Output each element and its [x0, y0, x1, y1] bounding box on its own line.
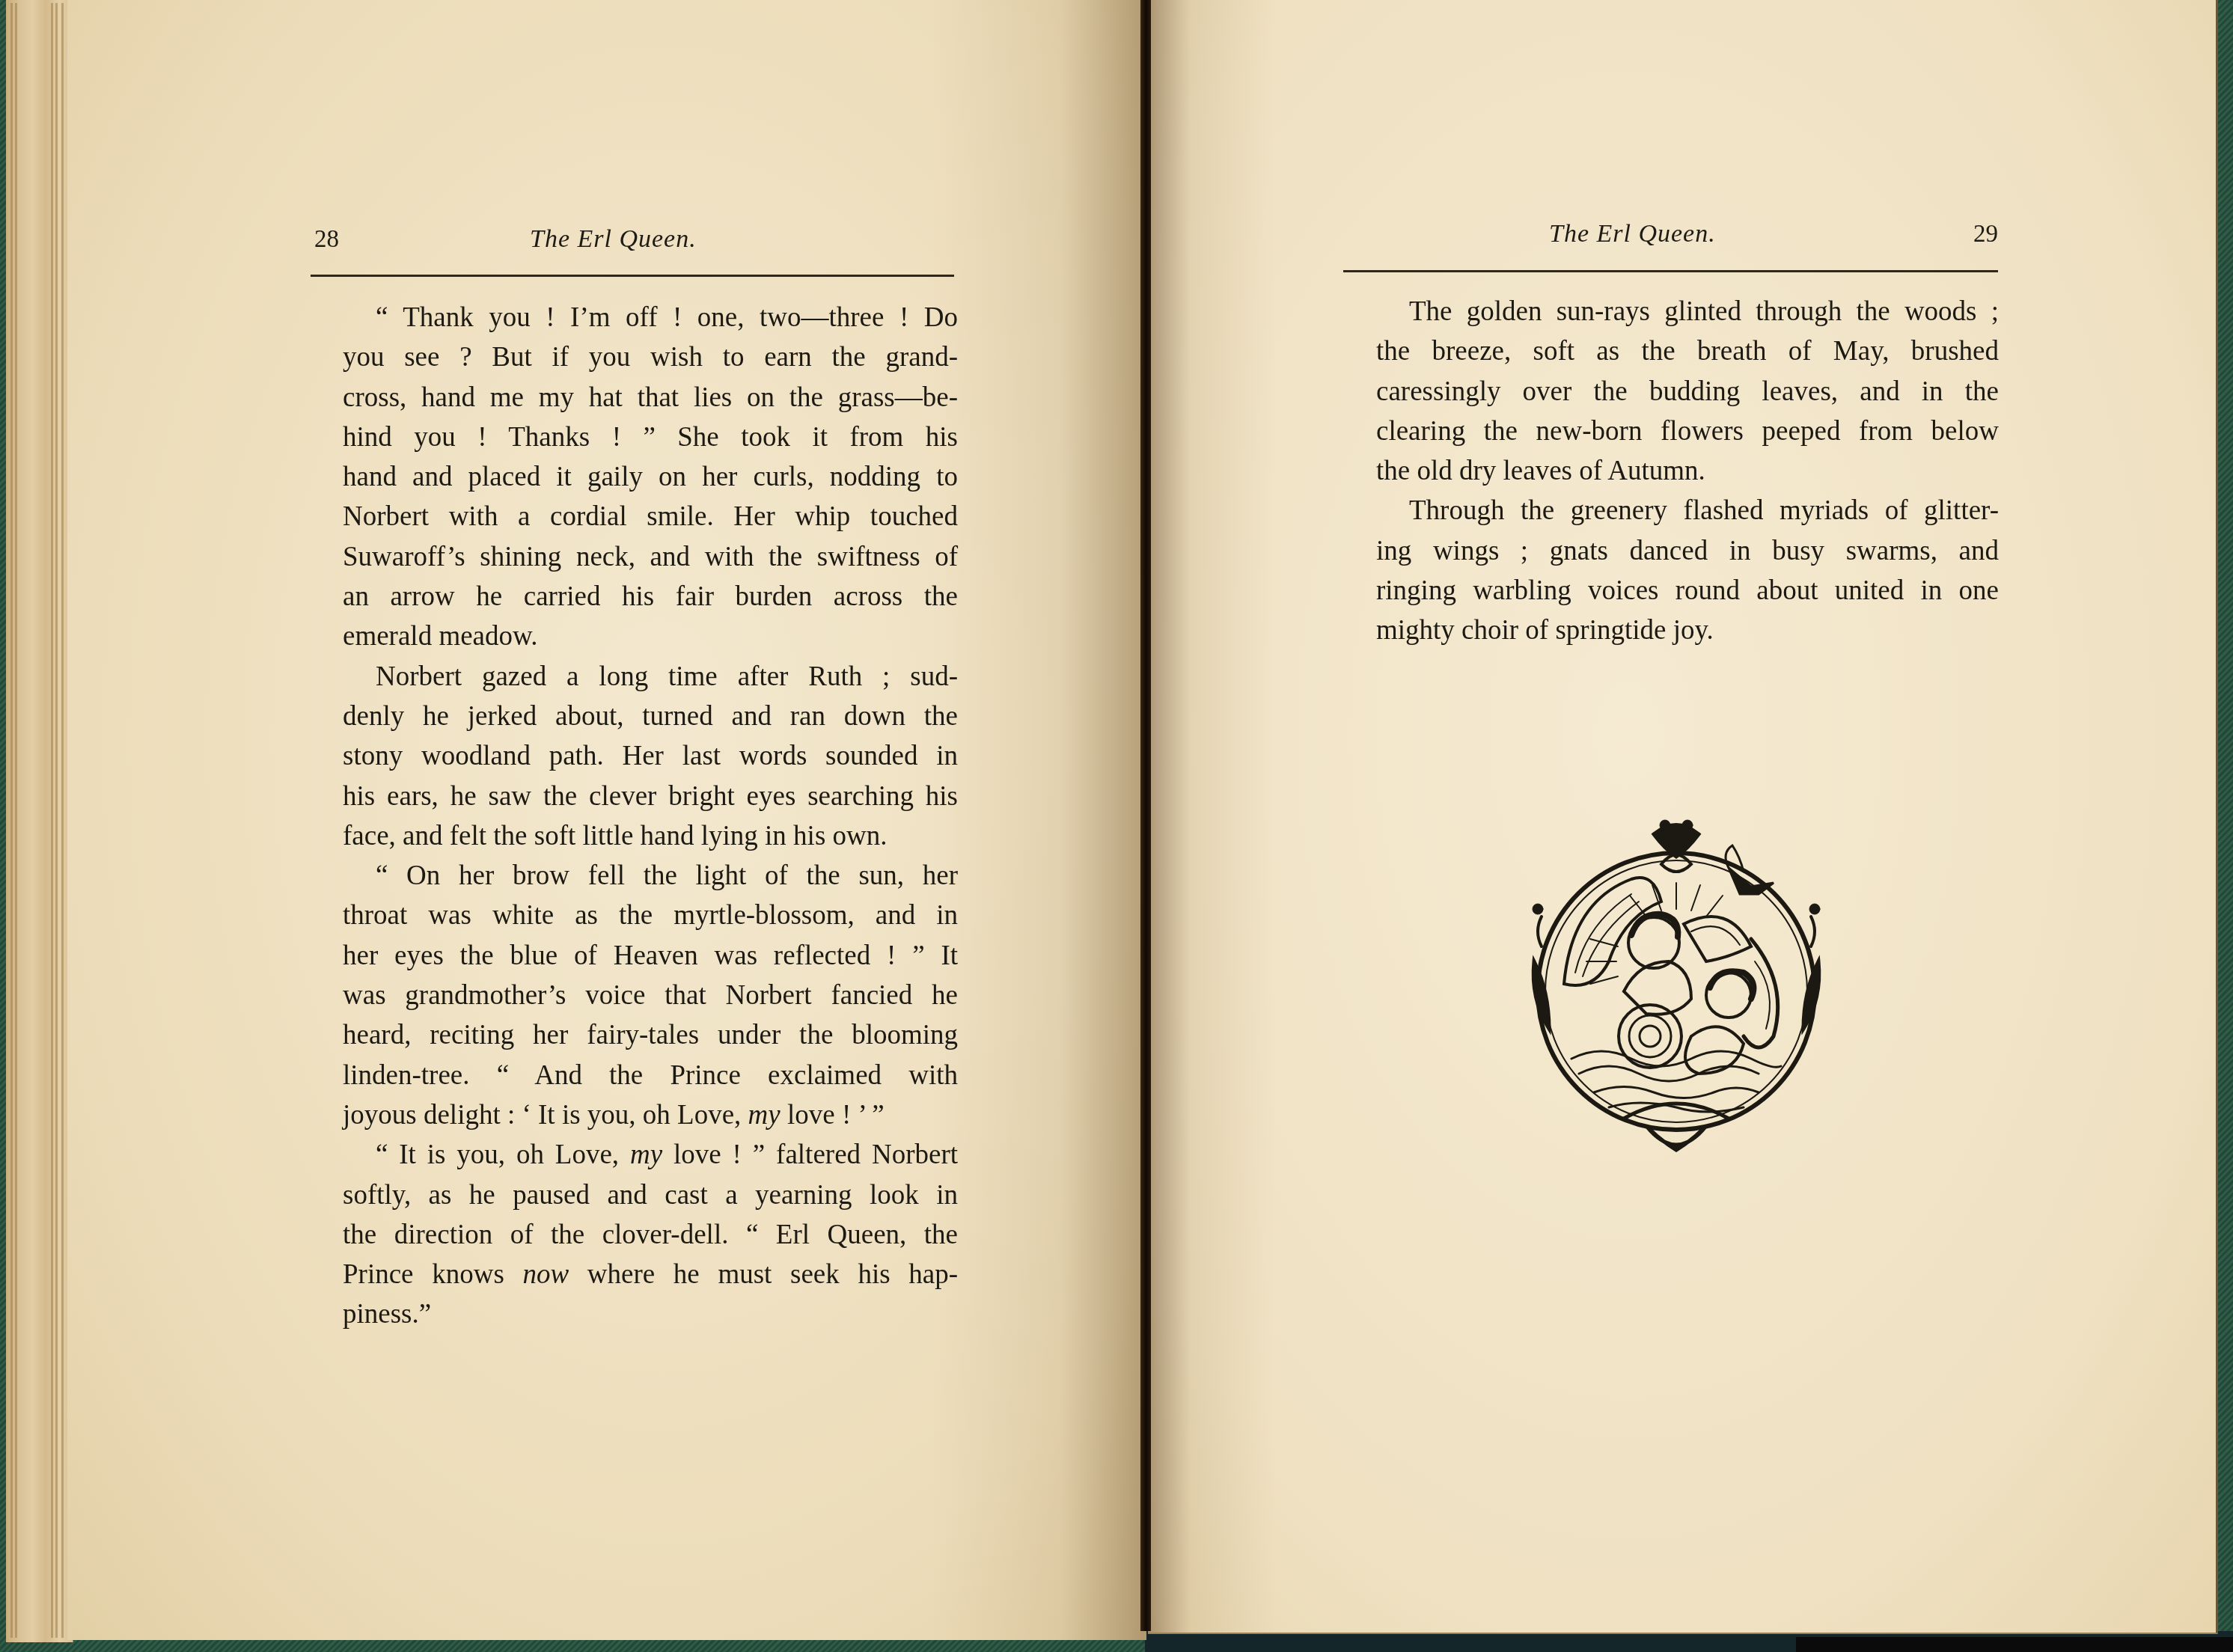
text-line: denly he jerked about, turned and ran do…	[310, 697, 958, 736]
page-stack-edges	[6, 0, 73, 1642]
text-line: you see ? But if you wish to earn the gr…	[310, 337, 958, 377]
text-line: emerald meadow.	[310, 617, 958, 656]
paragraph: “ On her brow fell the light of the sun,…	[310, 856, 958, 1135]
text-line: Norbert gazed a long time after Ruth ; s…	[310, 657, 958, 697]
page-edge-line	[10, 3, 13, 1638]
text-line: “ On her brow fell the light of the sun,…	[310, 856, 958, 896]
page-edge-line	[15, 3, 17, 1638]
left-page-text: “ Thank you ! I’m off ! one, two—three !…	[310, 298, 958, 1335]
header-rule-right	[1343, 270, 1998, 272]
text-line: “ Thank you ! I’m off ! one, two—three !…	[310, 298, 958, 337]
text-line: the old dry leaves of Autumn.	[1343, 451, 1999, 491]
text-line: heard, reciting her fairy-tales under th…	[310, 1015, 958, 1055]
text-line: The golden sun-rays glinted through the …	[1343, 292, 1999, 331]
book-gutter	[1140, 0, 1151, 1631]
text-line: ringing warbling voices round about unit…	[1343, 571, 1999, 611]
italic-word: my	[748, 1100, 781, 1131]
text-line: her eyes the blue of Heaven was reflecte…	[310, 936, 958, 976]
text-line: Prince knows now where he must seek his …	[310, 1255, 958, 1294]
right-page-text: The golden sun-rays glinted through the …	[1343, 292, 1999, 651]
text-line: was grandmother’s voice that Norbert fan…	[310, 976, 958, 1015]
page-edge-line	[51, 3, 53, 1638]
page-edge-line	[55, 3, 58, 1638]
text-line: piness.”	[310, 1294, 958, 1334]
left-running-head: 28 The Erl Queen.	[314, 217, 965, 262]
text-line: hand and placed it gaily on her curls, n…	[310, 457, 958, 497]
text-line: cross, hand me my hat that lies on the g…	[310, 378, 958, 417]
text-line: Through the greenery flashed myriads of …	[1343, 491, 1999, 530]
text-line: clearing the new-born flowers peeped fro…	[1343, 412, 1999, 451]
text-line: mighty choir of springtide joy.	[1343, 611, 1999, 650]
text-line: stony woodland path. Her last words soun…	[310, 736, 958, 776]
italic-word: my	[630, 1139, 662, 1170]
text-line: “ It is you, oh Love, my love ! ” falter…	[310, 1135, 958, 1175]
italic-word: now	[522, 1259, 569, 1290]
text-line: ing wings ; gnats danced in busy swarms,…	[1343, 531, 1999, 571]
text-line: face, and felt the soft little hand lyin…	[310, 816, 958, 856]
text-line: Suwaroff’s shining neck, and with the sw…	[310, 537, 958, 577]
text-line: his ears, he saw the clever bright eyes …	[310, 777, 958, 816]
text-line: caressingly over the budding leaves, and…	[1343, 372, 1999, 412]
text-line: Norbert with a cordial smile. Her whip t…	[310, 497, 958, 536]
paragraph: Through the greenery flashed myriads of …	[1343, 491, 1999, 650]
text-line: linden-tree. “ And the Prince exclaimed …	[310, 1056, 958, 1095]
text-line: hind you ! Thanks ! ” She took it from h…	[310, 417, 958, 457]
page-number-left: 28	[314, 226, 339, 254]
text-line: softly, as he paused and cast a yearning…	[310, 1175, 958, 1215]
page-edge-line	[61, 3, 64, 1638]
cover-bottom-edge	[1796, 1637, 2233, 1652]
running-title-right: The Erl Queen.	[1549, 220, 1716, 248]
text-line: throat was white as the myrtle-blossom, …	[310, 896, 958, 935]
text-line: the breeze, soft as the breath of May, b…	[1343, 331, 1999, 371]
paragraph: Norbert gazed a long time after Ruth ; s…	[310, 657, 958, 856]
paragraph: The golden sun-rays glinted through the …	[1343, 292, 1999, 491]
page-number-right: 29	[1973, 221, 1998, 248]
paragraph: “ Thank you ! I’m off ! one, two—three !…	[310, 298, 958, 657]
circular-cherub-vignette-icon	[1504, 812, 1848, 1156]
text-line: joyous delight : ‘ It is you, oh Love, m…	[310, 1095, 958, 1135]
paragraph: “ It is you, oh Love, my love ! ” falter…	[310, 1135, 958, 1334]
text-line: the direction of the clover-dell. “ Erl …	[310, 1215, 958, 1255]
text-line: an arrow he carried his fair burden acro…	[310, 577, 958, 617]
right-running-head: The Erl Queen. 29	[1549, 212, 1998, 257]
header-rule-left	[311, 275, 954, 277]
running-title-left: The Erl Queen.	[530, 225, 697, 254]
